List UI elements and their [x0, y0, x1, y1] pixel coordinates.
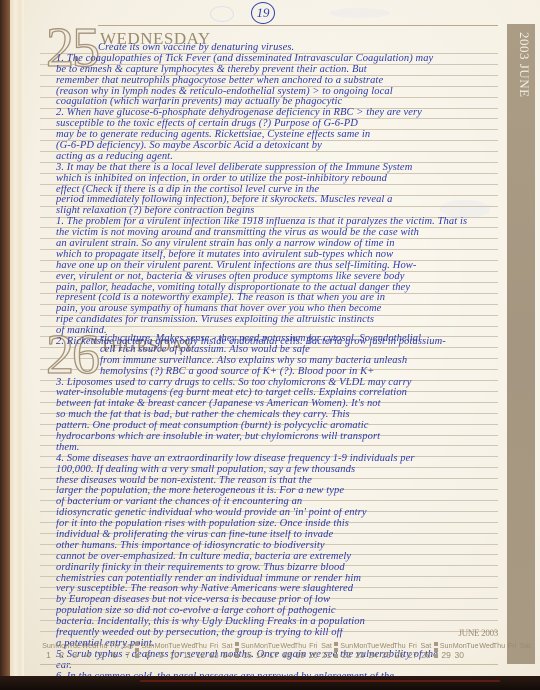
- calendar-day-number: 13: [207, 650, 220, 660]
- handwritten-line: cannot be over-emphasized. In culture me…: [56, 552, 438, 563]
- calendar-day-number: 26: [393, 650, 406, 660]
- handwritten-line: susceptible to the toxic effects of cert…: [56, 119, 467, 130]
- handwritten-line: coagulation (which warfarin prevents) ma…: [56, 97, 467, 108]
- handwritten-line: which to propagate itself, before it mut…: [56, 250, 467, 261]
- handwritten-line: chemistries can potentially render an in…: [56, 574, 438, 585]
- calendar-day-name: Thu: [95, 641, 108, 650]
- calendar-day-number: 30: [453, 650, 466, 660]
- calendar-day-name: Mon: [55, 641, 68, 650]
- calendar-day-number: 18: [280, 650, 293, 660]
- calendar-day-number: 19: [294, 650, 307, 660]
- handwritten-notes-thursday: rich culture. Makes sense - they need po…: [56, 334, 438, 683]
- handwritten-line: them.: [56, 443, 438, 454]
- calendar-day-name: Wed: [380, 641, 393, 650]
- handwritten-line: 1. The problem for a virulent infection …: [56, 217, 467, 228]
- calendar-day-number: 20: [307, 650, 320, 660]
- calendar-day-name: Tue: [68, 641, 81, 650]
- page-edge: [10, 0, 25, 680]
- calendar-day-name: Tue: [267, 641, 280, 650]
- calendar-day-name: Fri: [307, 641, 320, 650]
- calendar-day-name: Fri: [406, 641, 419, 650]
- handwritten-line: individual & proliferating the virus can…: [56, 530, 438, 541]
- calendar-day-number: 9: [155, 650, 168, 660]
- handwritten-line: idiosyncratic genetic individual who wou…: [56, 508, 438, 519]
- calendar-day-name: Tue: [466, 641, 479, 650]
- handwritten-notes-wednesday: Create its own vaccine by denaturing vir…: [56, 43, 467, 348]
- calendar-day-name: Thu: [294, 641, 307, 650]
- calendar-day-number: 2: [55, 650, 68, 660]
- calendar-day-name: Wed: [479, 641, 492, 650]
- calendar-day-number: 24: [367, 650, 380, 660]
- calendar-title: JUNE 2003: [458, 628, 498, 638]
- handwritten-line: slight relaxation (?) before contraction…: [56, 206, 467, 217]
- page-number: 19: [251, 2, 275, 24]
- calendar-day-name: Wed: [82, 641, 95, 650]
- calendar-day-number: 15: [241, 650, 254, 660]
- calendar-day-name: Sat: [320, 641, 333, 650]
- handwritten-line: Create its own vaccine by denaturing vir…: [56, 43, 467, 54]
- handwritten-line: of bacterium or variant the chances of i…: [56, 497, 438, 508]
- handwritten-line: 2. When have glucose-6-phosphate dehydro…: [56, 108, 467, 119]
- calendar-day-name: Thu: [194, 641, 207, 650]
- calendar-day-name: Mon: [254, 641, 267, 650]
- handwritten-line: 100,000. If dealing with a very small po…: [56, 465, 438, 476]
- calendar-day-name: Sat: [419, 641, 432, 650]
- handwritten-line: (reason why in lymph nodes & reticulo-en…: [56, 87, 467, 98]
- calendar-day-number: 21: [320, 650, 333, 660]
- month-side-tab[interactable]: [507, 24, 535, 664]
- calendar-week-separator: [135, 642, 139, 658]
- handwritten-line: frequently weeded out by persecution, th…: [56, 628, 438, 639]
- handwritten-line: pain, you arouse sympathy of humans that…: [56, 304, 467, 315]
- calendar-day-name: Mon: [453, 641, 466, 650]
- calendar-day-name: Wed: [280, 641, 293, 650]
- calendar-day-number: 23: [353, 650, 366, 660]
- calendar-day-number: 4: [82, 650, 95, 660]
- calendar-day-name: Sun: [141, 641, 154, 650]
- calendar-day-name: Wed: [181, 641, 194, 650]
- calendar-week-separator: [235, 642, 239, 658]
- calendar-week-separator: [434, 642, 438, 658]
- calendar-day-name: Sat: [519, 641, 532, 650]
- calendar-day-number: 29: [440, 650, 453, 660]
- calendar-day-name: Sun: [42, 641, 55, 650]
- ghost-page-number: [210, 6, 234, 22]
- handwritten-line: other humans. This importance of idiosyn…: [56, 541, 438, 552]
- desk-surface: [0, 676, 540, 690]
- calendar-day-number: 25: [380, 650, 393, 660]
- handwritten-line: effect (Check if there is a dip in the c…: [56, 185, 467, 196]
- calendar-day-number: 10: [168, 650, 181, 660]
- calendar-day-number: 11: [181, 650, 194, 660]
- handwritten-line: have one up on their virulent parent. Vi…: [56, 261, 467, 272]
- handwritten-line: may be to generate reducing agents. Rick…: [56, 130, 467, 141]
- handwritten-line: by European diseases but not vice-versa …: [56, 595, 438, 606]
- handwritten-line: (G-6-PD deficiency). So maybe Ascorbic A…: [56, 141, 467, 152]
- calendar-day-number: 22: [340, 650, 353, 660]
- calendar-day-name: Thu: [492, 641, 505, 650]
- handwritten-line: represent (cold is a noteworthy example)…: [56, 293, 467, 304]
- calendar-day-name: Mon: [353, 641, 366, 650]
- handwritten-line: pain, pallor, headache, vomiting totally…: [56, 283, 467, 294]
- handwritten-line: remember that neutrophils phagocytose be…: [56, 76, 467, 87]
- diary-binding: [0, 0, 10, 680]
- handwritten-line: cell rich source of potassium. Also woul…: [56, 345, 438, 356]
- handwritten-line: water-insoluble mutagens (eg burnt meat …: [56, 388, 438, 399]
- handwritten-line: hydrocarbons which are insoluble in wate…: [56, 432, 438, 443]
- handwritten-line: so much the fat that is bad, but rather …: [56, 410, 438, 421]
- calendar-day-number: 16: [254, 650, 267, 660]
- calendar-day-name: Tue: [168, 641, 181, 650]
- calendar-day-number: 5: [95, 650, 108, 660]
- handwritten-line: hemolysins (?) RBC a good source of K+ (…: [56, 367, 438, 378]
- calendar-day-number: 27: [406, 650, 419, 660]
- calendar-day-name: Fri: [506, 641, 519, 650]
- calendar-day-number: 28: [419, 650, 432, 660]
- handwritten-line: an avirulent strain. So any virulent str…: [56, 239, 467, 250]
- handwritten-line: be to enmesh & capture lymphocytes & the…: [56, 65, 467, 76]
- handwritten-line: these diseases would be non-existent. Th…: [56, 476, 438, 487]
- calendar-day-name: Thu: [393, 641, 406, 650]
- calendar-day-number: 3: [68, 650, 81, 660]
- handwritten-line: 1. The coagulopathies of Tick Fever (and…: [56, 54, 467, 65]
- month-calendar-strip: JUNE 2003 Sun1Mon2Tue3Wed4Thu5Fri6Sat7Su…: [40, 640, 498, 665]
- calendar-day-name: Fri: [108, 641, 121, 650]
- calendar-day-number: 7: [121, 650, 134, 660]
- handwritten-line: from immune surveillance. Also explains …: [56, 356, 438, 367]
- calendar-day-number: 8: [141, 650, 154, 660]
- calendar-day-name: Tue: [367, 641, 380, 650]
- handwritten-line: which is inhibited on infection, in orde…: [56, 174, 467, 185]
- header-rule: [98, 25, 498, 26]
- handwritten-line: rich culture. Makes sense - they need po…: [56, 334, 438, 345]
- calendar-day-name: Sun: [440, 641, 453, 650]
- calendar-day-number: 1: [42, 650, 55, 660]
- handwritten-line: ever, virulent or not, bacteria & viruse…: [56, 272, 467, 283]
- handwritten-line: between fat intake & breast cancer (Japa…: [56, 399, 438, 410]
- calendar-day-name: Mon: [155, 641, 168, 650]
- handwritten-line: 3. It may be that there is a local level…: [56, 163, 467, 174]
- handwritten-line: ordinarily finicky in their requirements…: [56, 563, 438, 574]
- calendar-day-name: Fri: [207, 641, 220, 650]
- handwritten-line: acting as a reducing agent.: [56, 152, 467, 163]
- calendar-day-name: Sun: [340, 641, 353, 650]
- handwritten-line: very susceptible. The reason why Native …: [56, 584, 438, 595]
- handwritten-line: population size so did not co-evolve a l…: [56, 606, 438, 617]
- handwritten-line: bacteria. Incidentally, this is why Ugly…: [56, 617, 438, 628]
- calendar-day-name: Sun: [241, 641, 254, 650]
- handwritten-line: for it into the population rises with po…: [56, 519, 438, 530]
- month-side-tab-label: 2003 JUNE: [510, 32, 532, 112]
- handwritten-line: the victim is not moving around and tran…: [56, 228, 467, 239]
- handwritten-line: 3. Liposomes used to carry drugs to cell…: [56, 378, 438, 389]
- calendar-day-name: Sat: [121, 641, 134, 650]
- handwritten-line: pattern. One product of meat consumption…: [56, 421, 438, 432]
- handwritten-line: ripe candidates for transmission. Viruse…: [56, 315, 467, 326]
- calendar-day-number: 14: [221, 650, 234, 660]
- calendar-day-number: 17: [267, 650, 280, 660]
- handwritten-line: period immediately following infection),…: [56, 195, 467, 206]
- calendar-week-separator: [334, 642, 338, 658]
- calendar-day-number: 6: [108, 650, 121, 660]
- handwritten-line: larger the population, the more heteroge…: [56, 486, 438, 497]
- calendar-day-name: Sat: [221, 641, 234, 650]
- bleed-through: [330, 8, 390, 18]
- handwritten-line: 4. Some diseases have an extraordinarily…: [56, 454, 438, 465]
- calendar-day-number: 12: [194, 650, 207, 660]
